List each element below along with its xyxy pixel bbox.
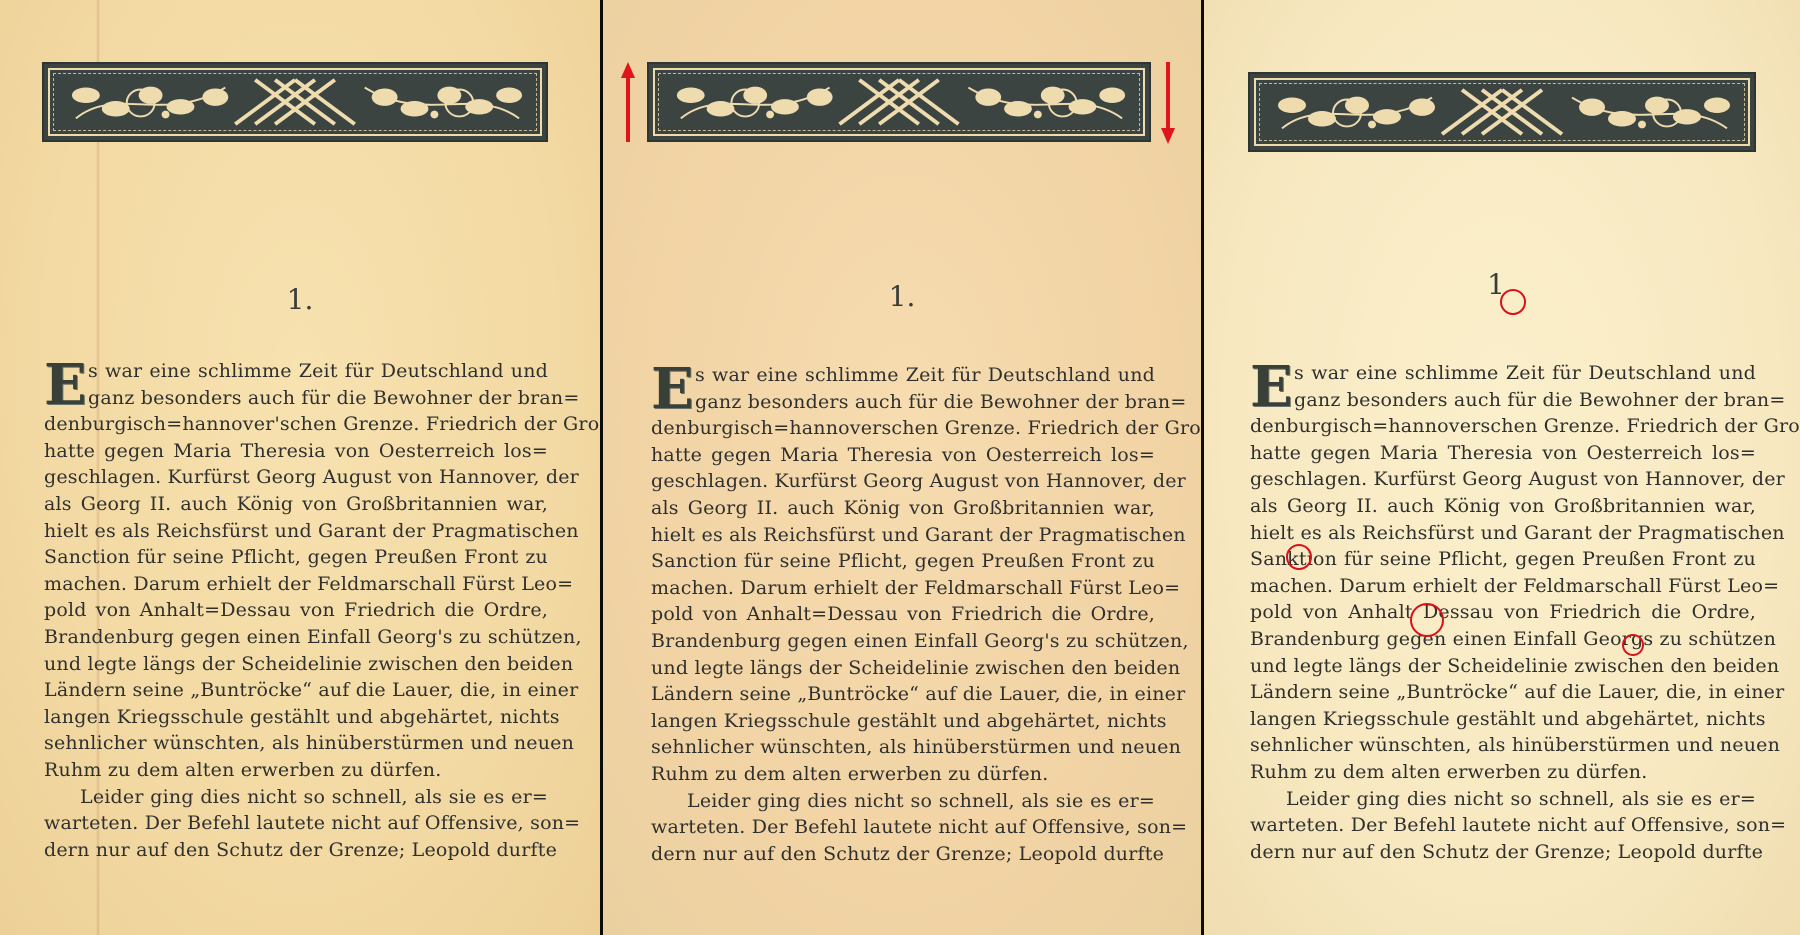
error-marker-circle	[1410, 603, 1444, 637]
text-line: warteten. Der Befehl lautete nicht auf O…	[44, 810, 548, 837]
text-line: Sanction für seine Pflicht, gegen Preuße…	[44, 544, 548, 571]
text-line: machen. Darum erhielt der Feldmarschall …	[44, 571, 548, 598]
drop-cap: E	[651, 364, 694, 414]
text-line: denburgisch=hannoverschen Grenze. Friedr…	[1250, 413, 1756, 440]
text-line: Ruhm zu dem alten erwerben zu dürfen.	[44, 757, 548, 784]
text-line: als Georg II. auch König von Großbritann…	[651, 495, 1155, 522]
text-line: dern nur auf den Schutz der Grenze; Leop…	[1250, 839, 1756, 866]
text-line: Ländern seine „Buntröcke“ auf die Lauer,…	[651, 681, 1155, 708]
text-line: denburgisch=hannoverschen Grenze. Friedr…	[651, 415, 1155, 442]
text-line: langen Kriegsschule gestählt und abgehär…	[1250, 706, 1756, 733]
text-line: pold von Anhalt=Dessau von Friedrich die…	[651, 601, 1155, 628]
text-line: sehnlicher wünschten, als hinüberstürmen…	[651, 734, 1155, 761]
text-line: geschlagen. Kurfürst Georg August von Ha…	[651, 468, 1155, 495]
chapter-numeral: 1	[1204, 268, 1794, 301]
text-line: denburgisch=hannover'schen Grenze. Fried…	[44, 411, 548, 438]
chapter-numeral: 1.	[0, 283, 600, 316]
error-marker-circle	[1500, 289, 1526, 315]
drop-cap: E	[44, 360, 87, 410]
text-line: warteten. Der Befehl lautete nicht auf O…	[651, 814, 1155, 841]
page-panel-rotated: 1. E s war eine schlimme Zeit für Deutsc…	[603, 0, 1201, 935]
text-line: als Georg II. auch König von Großbritann…	[44, 491, 548, 518]
body-text: E s war eine schlimme Zeit für Deutschla…	[1250, 360, 1756, 865]
page-panel-original: 1. E s war eine schlimme Zeit für Deutsc…	[0, 0, 600, 935]
drop-cap: E	[1250, 362, 1293, 412]
text-line: machen. Darum erhielt der Feldmarschall …	[1250, 573, 1756, 600]
text-line: ganz besonders auch für die Bewohner der…	[44, 385, 548, 412]
text-line: ganz besonders auch für die Bewohner der…	[1250, 387, 1756, 414]
text-line: Ruhm zu dem alten erwerben zu dürfen.	[1250, 759, 1756, 786]
text-line: langen Kriegsschule gestählt und abgehär…	[44, 704, 548, 731]
text-line: warteten. Der Befehl lautete nicht auf O…	[1250, 812, 1756, 839]
text-line: sehnlicher wünschten, als hinüberstürmen…	[1250, 732, 1756, 759]
text-line: und legte längs der Scheidelinie zwische…	[44, 651, 548, 678]
text-line: hatte gegen Maria Theresia von Oesterrei…	[651, 442, 1155, 469]
text-line: Ländern seine „Buntröcke“ auf die Lauer,…	[44, 677, 548, 704]
text-line: dern nur auf den Schutz der Grenze; Leop…	[651, 841, 1155, 868]
text-line: s war eine schlimme Zeit für Deutschland…	[651, 362, 1155, 389]
text-line: machen. Darum erhielt der Feldmarschall …	[651, 575, 1155, 602]
text-line: langen Kriegsschule gestählt und abgehär…	[651, 708, 1155, 735]
ornament-headpiece	[1248, 72, 1756, 152]
text-line: und legte längs der Scheidelinie zwische…	[651, 655, 1155, 682]
oak-leaf-lattice-icon	[661, 76, 1137, 128]
text-line: hatte gegen Maria Theresia von Oesterrei…	[44, 438, 548, 465]
error-marker-circle	[1622, 634, 1644, 656]
text-line: geschlagen. Kurfürst Georg August von Ha…	[44, 464, 548, 491]
text-line: Ruhm zu dem alten erwerben zu dürfen.	[651, 761, 1155, 788]
text-line: Leider ging dies nicht so schnell, als s…	[1250, 786, 1756, 813]
text-line: und legte längs der Scheidelinie zwische…	[1250, 653, 1756, 680]
text-line: Ländern seine „Buntröcke“ auf die Lauer,…	[1250, 679, 1756, 706]
text-line: geschlagen. Kurfürst Georg August von Ha…	[1250, 466, 1756, 493]
text-line: hatte gegen Maria Theresia von Oesterrei…	[1250, 440, 1756, 467]
oak-leaf-lattice-icon	[1262, 86, 1742, 138]
text-line: hielt es als Reichsfürst und Garant der …	[44, 518, 548, 545]
text-line: Brandenburg gegen einen Einfall Georg's …	[651, 628, 1155, 655]
error-marker-circle	[1286, 544, 1312, 570]
rotate-down-arrow-icon	[1166, 62, 1170, 130]
body-text: E s war eine schlimme Zeit für Deutschla…	[651, 362, 1155, 867]
chapter-numeral: 1.	[603, 280, 1201, 313]
text-line: pold von Anhalt Dessau von Friedrich die…	[1250, 599, 1756, 626]
ornament-headpiece	[647, 62, 1151, 142]
text-line: hielt es als Reichsfürst und Garant der …	[651, 522, 1155, 549]
text-line: sehnlicher wünschten, als hinüberstürmen…	[44, 730, 548, 757]
text-line: dern nur auf den Schutz der Grenze; Leop…	[44, 837, 548, 864]
text-line: s war eine schlimme Zeit für Deutschland…	[44, 358, 548, 385]
text-line: pold von Anhalt=Dessau von Friedrich die…	[44, 597, 548, 624]
oak-leaf-lattice-icon	[56, 76, 534, 128]
rotate-up-arrow-icon	[626, 76, 630, 142]
ornament-headpiece	[42, 62, 548, 142]
body-text: E s war eine schlimme Zeit für Deutschla…	[44, 358, 548, 863]
text-line: als Georg II. auch König von Großbritann…	[1250, 493, 1756, 520]
text-line: Leider ging dies nicht so schnell, als s…	[44, 784, 548, 811]
text-line: Brandenburg gegen einen Einfall Georgs z…	[1250, 626, 1756, 653]
text-line: Sanction für seine Pflicht, gegen Preuße…	[651, 548, 1155, 575]
text-line: s war eine schlimme Zeit für Deutschland…	[1250, 360, 1756, 387]
text-line: ganz besonders auch für die Bewohner der…	[651, 389, 1155, 416]
text-line: Brandenburg gegen einen Einfall Georg's …	[44, 624, 548, 651]
text-line: Leider ging dies nicht so schnell, als s…	[651, 788, 1155, 815]
text-line: Sanktion für seine Pflicht, gegen Preuße…	[1250, 546, 1756, 573]
page-panel-altered: 1 E s war eine schlimme Zeit für Deutsch…	[1204, 0, 1800, 935]
text-line: hielt es als Reichsfürst und Garant der …	[1250, 520, 1756, 547]
